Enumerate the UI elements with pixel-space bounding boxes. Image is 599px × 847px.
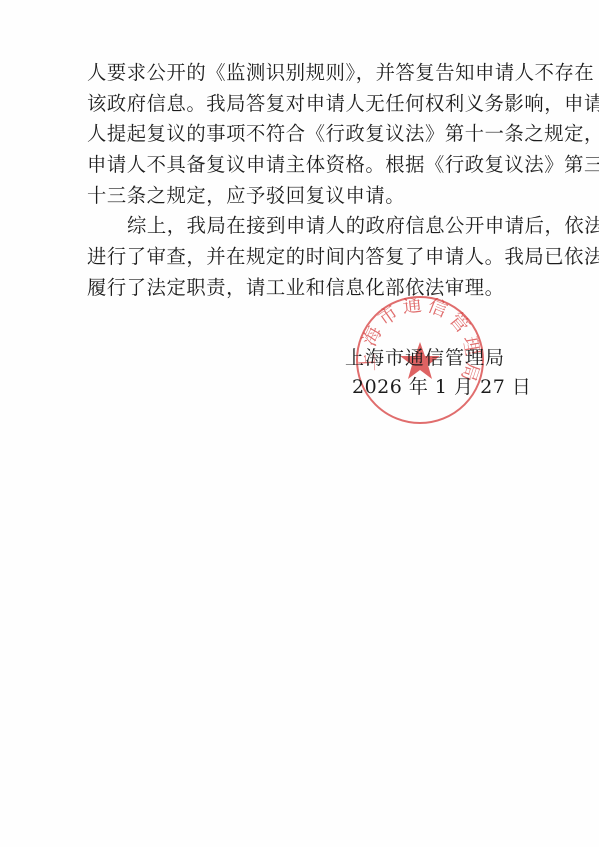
paragraph-line: 进行了审查，并在规定的时间内答复了申请人。我局已依法 xyxy=(87,242,515,273)
paragraph-line: 该政府信息。我局答复对申请人无任何权利义务影响，申请 xyxy=(87,89,515,120)
paragraph-line: 人要求公开的《监测识别规则》，并答复告知申请人不存在 xyxy=(87,58,515,89)
paragraph-line: 十三条之规定，应予驳回复议申请。 xyxy=(87,181,515,212)
document-page: 人要求公开的《监测识别规则》，并答复告知申请人不存在 该政府信息。我局答复对申请… xyxy=(0,0,599,847)
signature-date: 2026 年 1 月 27 日 xyxy=(352,372,531,399)
paragraph-line: 综上，我局在接到申请人的政府信息公开申请后，依法 xyxy=(87,211,515,242)
paragraph-line: 申请人不具备复议申请主体资格。根据《行政复议法》第三 xyxy=(87,150,515,181)
paragraph-line: 人提起复议的事项不符合《行政复议法》第十一条之规定， xyxy=(87,119,515,150)
signature-organization: 上海市通信管理局 xyxy=(345,343,505,370)
document-body: 人要求公开的《监测识别规则》，并答复告知申请人不存在 该政府信息。我局答复对申请… xyxy=(87,58,515,304)
